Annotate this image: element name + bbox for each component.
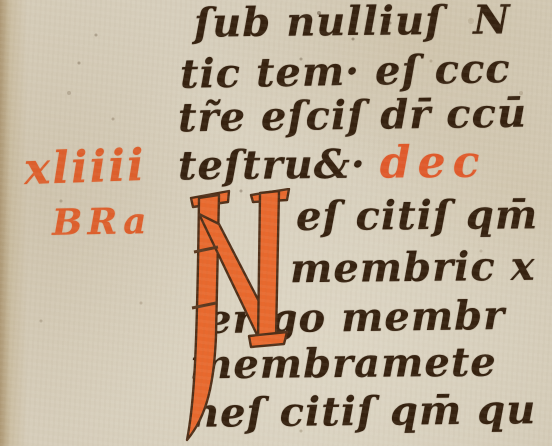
margin-chapter-word: BRa <box>52 203 152 241</box>
text-line-4: teſtru&·dec <box>178 141 487 188</box>
text-line-4-rubric: dec <box>380 137 487 189</box>
text-line-4-ink: teſtru&· <box>178 141 366 190</box>
initial-letter-n <box>183 188 298 446</box>
margin-chapter-number: xliiii <box>23 144 146 192</box>
text-line-2: tic tem· eſ ccc <box>180 49 511 95</box>
initial-n-glyph <box>187 189 289 440</box>
page-edge-shadow <box>0 0 10 446</box>
text-line-3: tr̃e eſciſ dr̄ ccū <box>178 94 528 139</box>
text-line-1: ſub nulliuſ N <box>194 0 511 43</box>
text-line-6: membric x <box>290 247 536 290</box>
parchment-speckles <box>0 0 2 2</box>
text-line-5: eſ citiſ qm̄ c <box>296 195 552 237</box>
manuscript-photo: xliiii BRa ſub nulliuſ N tic tem· eſ ccc… <box>0 0 552 446</box>
